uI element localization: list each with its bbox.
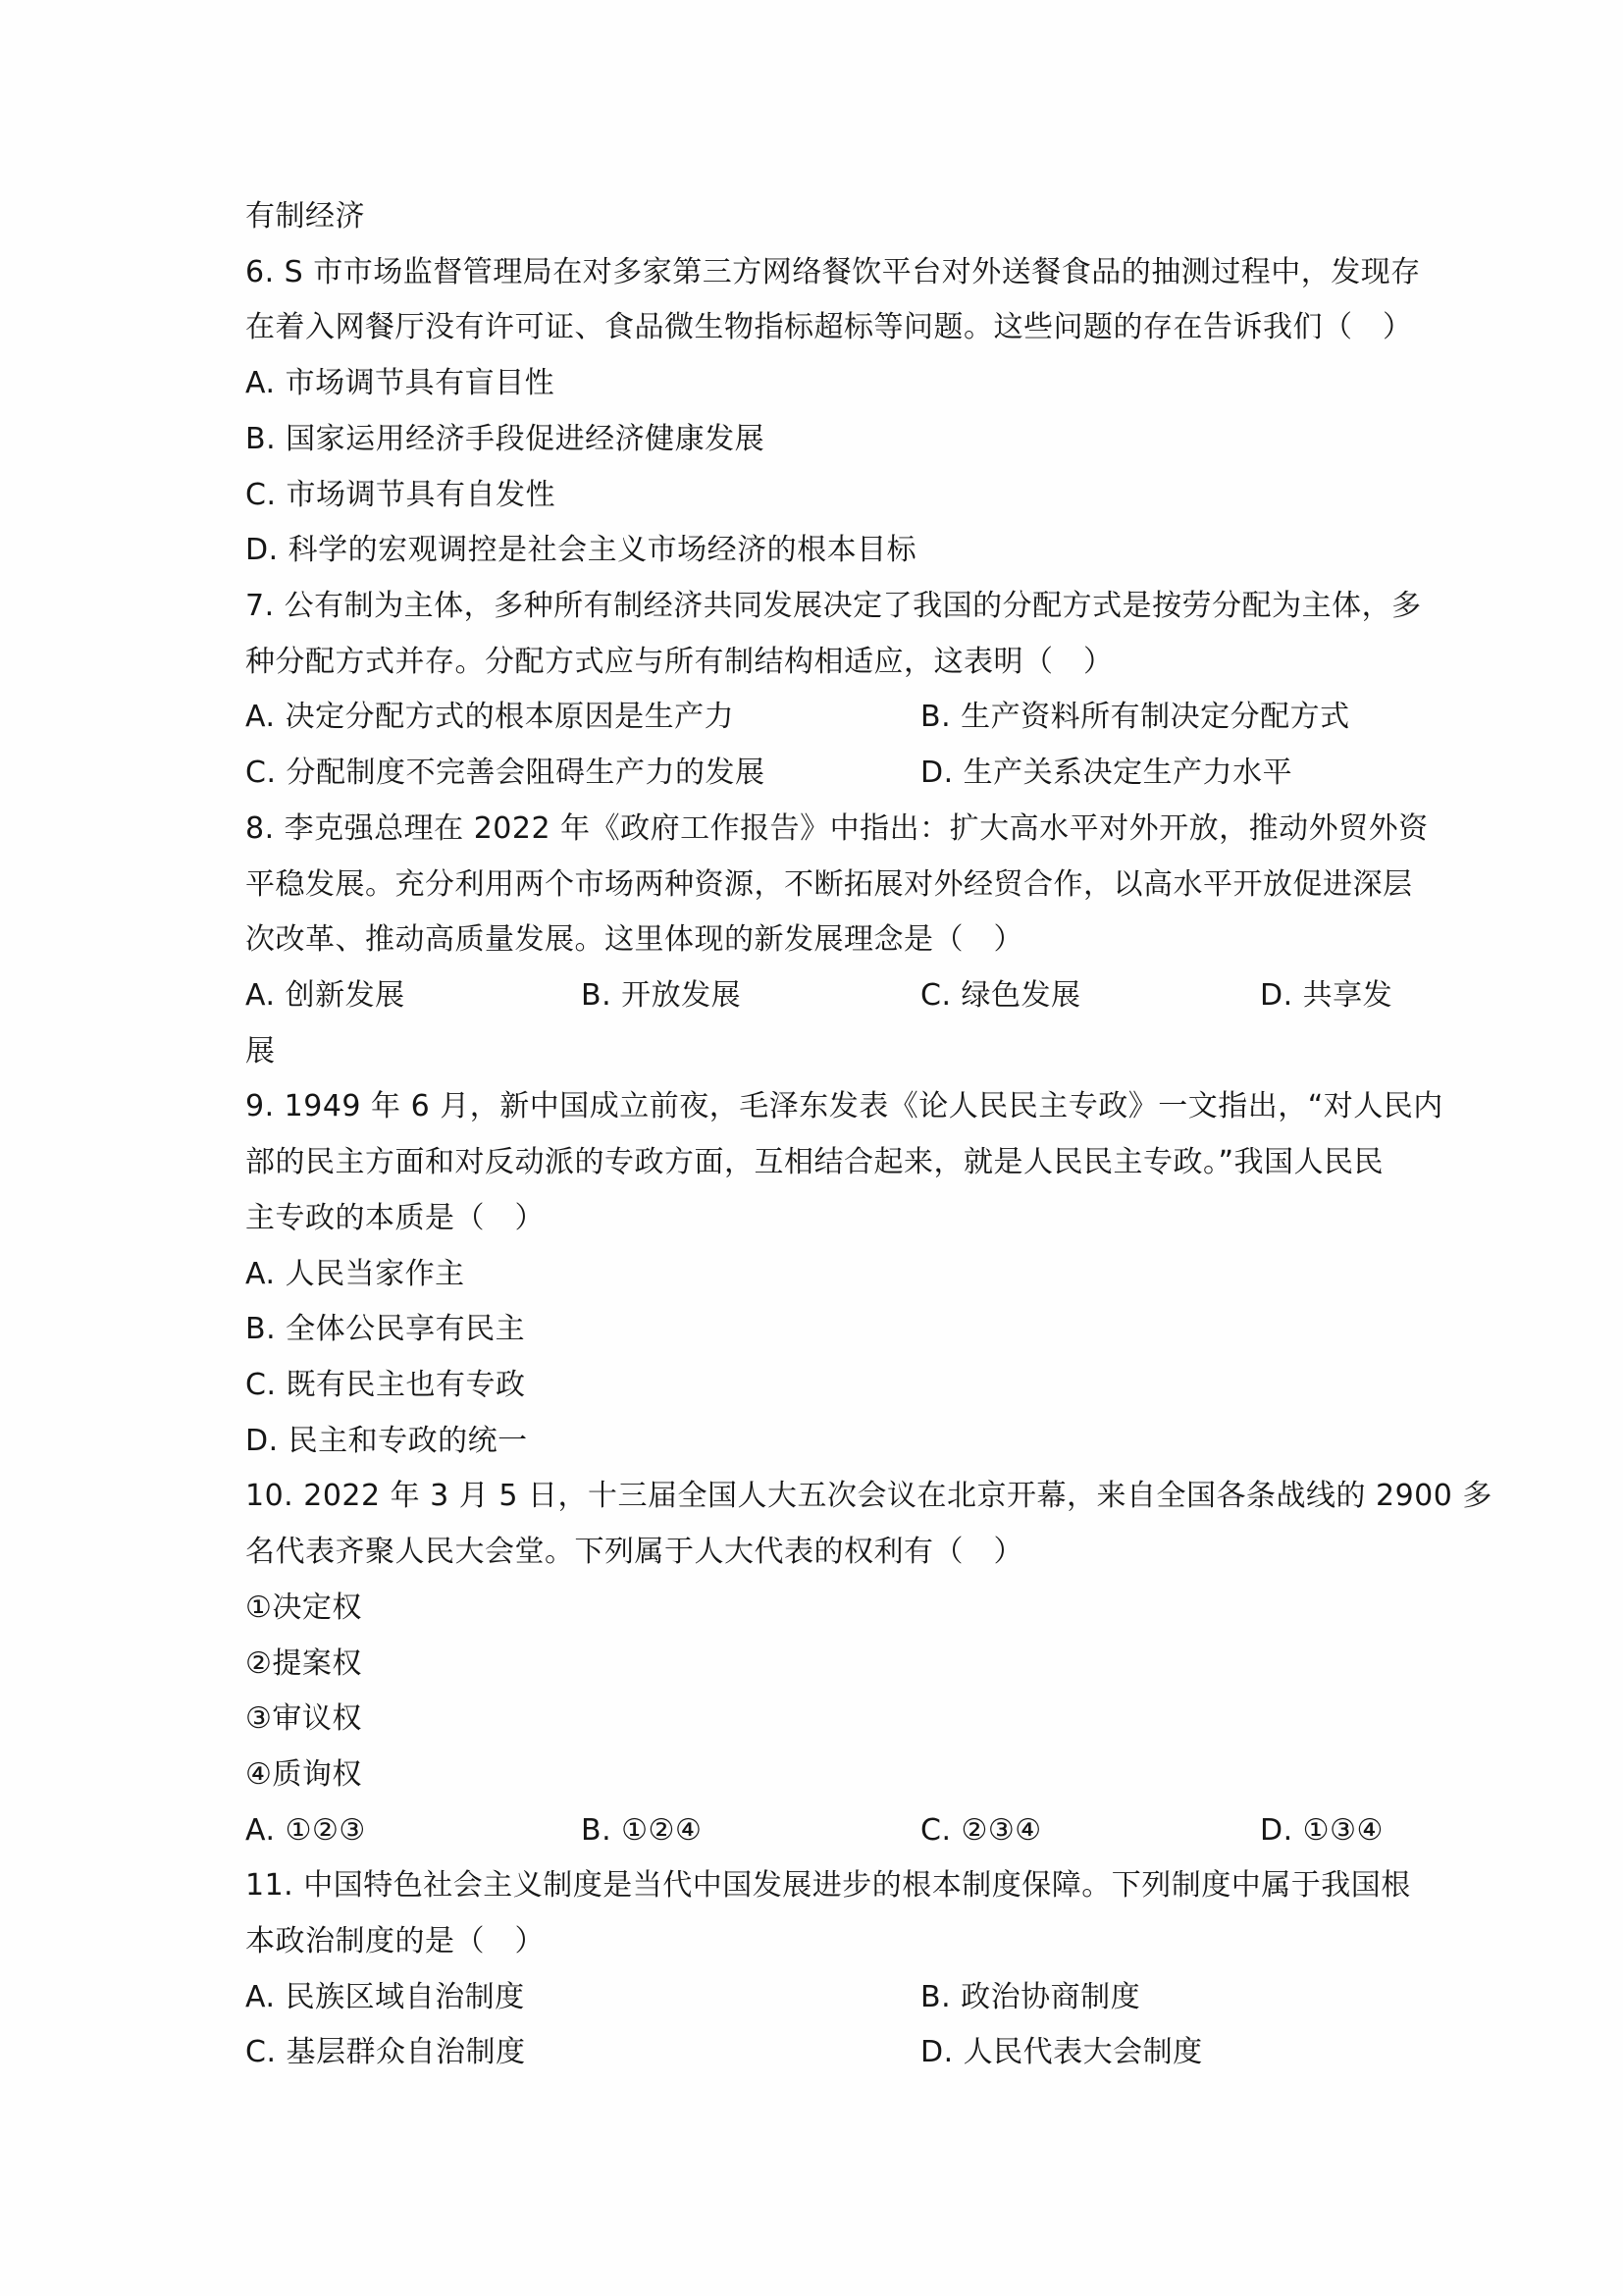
q9-stem-line-2: 部的民主方面和对反动派的专政方面，互相结合起来，就是人民民主专政。”我国人民民	[245, 1145, 1564, 1180]
q11-option-a: A. 民族区域自治制度	[245, 1980, 525, 2015]
q11-stem-line-1: 11. 中国特色社会主义制度是当代中国发展进步的根本制度保障。下列制度中属于我国…	[245, 1868, 1564, 1904]
q10-options-row: A. ①②③ B. ①②④ C. ②③④ D. ①③④	[245, 1813, 1564, 1849]
q8-stem-line-2: 平稳发展。充分利用两个市场两种资源，不断拓展对外经贸合作，以高水平开放促进深层	[245, 867, 1564, 903]
q10-item-3: ③审议权	[245, 1701, 1564, 1737]
q7-option-b: B. 生产资料所有制决定分配方式	[920, 700, 1350, 735]
q10-item-1: ①决定权	[245, 1591, 1564, 1626]
q10-item-4: ④质询权	[245, 1757, 1564, 1793]
q9-option-d: D. 民主和专政的统一	[245, 1424, 1564, 1459]
q10-option-a: A. ①②③	[245, 1813, 366, 1849]
q6-option-c: C. 市场调节具有自发性	[245, 478, 1564, 513]
q10-item-2: ②提案权	[245, 1646, 1564, 1682]
q8-option-d: D. 共享发	[1260, 978, 1392, 1014]
q8-option-d-tail: 展	[245, 1034, 1564, 1070]
q8-stem-line-1: 8. 李克强总理在 2022 年《政府工作报告》中指出：扩大高水平对外开放，推动…	[245, 811, 1564, 847]
q6-stem-line-2: 在着入网餐厅没有许可证、食品微生物指标超标等问题。这些问题的存在告诉我们（ ）	[245, 310, 1564, 345]
q11-options-row-2: C. 基层群众自治制度 D. 人民代表大会制度	[245, 2035, 1564, 2070]
q7-option-d: D. 生产关系决定生产力水平	[920, 756, 1292, 791]
q8-stem-line-3: 次改革、推动高质量发展。这里体现的新发展理念是（ ）	[245, 922, 1564, 958]
q7-stem-line-2: 种分配方式并存。分配方式应与所有制结构相适应，这表明（ ）	[245, 645, 1564, 680]
q10-option-b: B. ①②④	[581, 1813, 702, 1849]
q6-option-d: D. 科学的宏观调控是社会主义市场经济的根本目标	[245, 533, 1564, 568]
q11-option-d: D. 人民代表大会制度	[920, 2035, 1203, 2070]
q8-option-c: C. 绿色发展	[920, 978, 1081, 1014]
q9-option-c: C. 既有民主也有专政	[245, 1368, 1564, 1403]
q7-option-c: C. 分配制度不完善会阻碍生产力的发展	[245, 756, 765, 791]
q7-option-a: A. 决定分配方式的根本原因是生产力	[245, 700, 734, 735]
q10-option-d: D. ①③④	[1260, 1813, 1384, 1849]
q8-option-b: B. 开放发展	[581, 978, 741, 1014]
q7-stem-line-1: 7. 公有制为主体，多种所有制经济共同发展决定了我国的分配方式是按劳分配为主体，…	[245, 589, 1564, 624]
q10-stem-line-1: 10. 2022 年 3 月 5 日，十三届全国人大五次会议在北京开幕，来自全国…	[245, 1479, 1564, 1514]
q10-option-c: C. ②③④	[920, 1813, 1042, 1849]
q10-stem-line-2: 名代表齐聚人民大会堂。下列属于人大代表的权利有（ ）	[245, 1535, 1564, 1570]
q7-options-row-2: C. 分配制度不完善会阻碍生产力的发展 D. 生产关系决定生产力水平	[245, 756, 1564, 791]
q6-option-a: A. 市场调节具有盲目性	[245, 366, 1564, 401]
q6-option-b: B. 国家运用经济手段促进经济健康发展	[245, 422, 1564, 457]
q9-stem-line-3: 主专政的本质是（ ）	[245, 1201, 1564, 1236]
q11-options-row-1: A. 民族区域自治制度 B. 政治协商制度	[245, 1980, 1564, 2015]
q9-option-b: B. 全体公民享有民主	[245, 1312, 1564, 1347]
q11-stem-line-2: 本政治制度的是（ ）	[245, 1924, 1564, 1959]
exam-document-page: 有制经济 6. S 市市场监督管理局在对多家第三方网络餐饮平台对外送餐食品的抽测…	[0, 0, 1623, 2296]
q9-option-a: A. 人民当家作主	[245, 1257, 1564, 1292]
q7-options-row-1: A. 决定分配方式的根本原因是生产力 B. 生产资料所有制决定分配方式	[245, 700, 1564, 735]
q8-options-row: A. 创新发展 B. 开放发展 C. 绿色发展 D. 共享发	[245, 978, 1564, 1014]
q11-option-c: C. 基层群众自治制度	[245, 2035, 526, 2070]
q5-option-tail-line: 有制经济	[245, 199, 1564, 235]
q6-stem-line-1: 6. S 市市场监督管理局在对多家第三方网络餐饮平台对外送餐食品的抽测过程中，发…	[245, 255, 1564, 290]
q8-option-a: A. 创新发展	[245, 978, 405, 1014]
q9-stem-line-1: 9. 1949 年 6 月，新中国成立前夜，毛泽东发表《论人民民主专政》一文指出…	[245, 1089, 1564, 1124]
q11-option-b: B. 政治协商制度	[920, 1980, 1140, 2015]
